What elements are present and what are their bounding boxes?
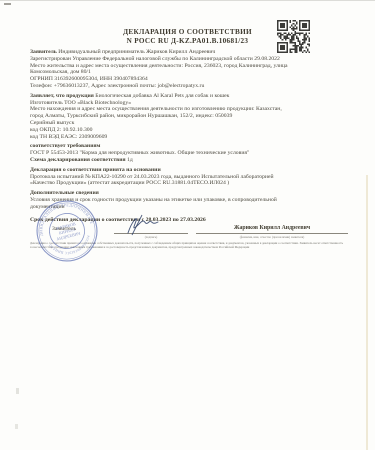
doc-line: Заявитель Индивидуальный предприниматель…: [30, 49, 346, 56]
signatory-name: Жариков Кирилл Андреевич: [196, 225, 348, 231]
name-caption: (фамилия, имя, отчество (при наличии) за…: [196, 235, 348, 239]
doc-line: Место жительства и адрес места осуществл…: [30, 63, 346, 70]
doc-line-text: Место жительства и адрес места осуществл…: [30, 63, 288, 69]
doc-line: ОГРНИП 316392600095304, ИНН 390407894364: [30, 76, 346, 83]
handwritten-signature: [118, 213, 182, 237]
doc-line-text: 1д: [127, 157, 133, 163]
doc-line-text: ГОСТ Р 55453-2013 "Корма для непродуктив…: [30, 150, 249, 156]
doc-line-text: код ТН ВЭД ЕАЭС: 2309009609: [30, 134, 107, 140]
scan-artifact: [16, 388, 19, 394]
doc-line-text: код ОКПД 2: 10.92.10.300: [30, 127, 92, 133]
scan-artifact: [4, 3, 11, 5]
declaration-document: ДЕКЛАРАЦИЯ О СООТВЕТСТВИИ N РОСС RU Д-KZ…: [0, 0, 375, 450]
doc-line-text: город Алматы, Турксибский район, микрора…: [30, 113, 232, 119]
name-rule: [196, 233, 348, 234]
doc-line-text: «Качество Продукции» (аттестат аккредита…: [30, 180, 229, 186]
doc-line-bold: Заявитель: [30, 49, 58, 55]
doc-line-bold: соответствует требованиям: [30, 143, 100, 149]
doc-line: Телефон: +79636013237, Адрес электронной…: [30, 83, 346, 90]
doc-line-bold: Декларация о соответствии принята на осн…: [30, 167, 161, 173]
doc-line-text: Протокола испытаний № КПА22-10290 от 24.…: [30, 174, 274, 180]
doc-line: Комсомольская, дом 80/1: [30, 69, 346, 76]
doc-line: код ТН ВЭД ЕАЭС: 2309009609: [30, 134, 346, 141]
doc-line-text: Биологическая добавка Al Karal Pets для …: [95, 93, 229, 99]
qr-finder-tr: [300, 21, 309, 30]
doc-line-bold: Схема декларирования соответствия: [30, 157, 127, 163]
doc-line: ГОСТ Р 55453-2013 "Корма для непродуктив…: [30, 150, 346, 157]
doc-line: Заявляет, что продукция Биологическая до…: [30, 93, 346, 100]
scan-artifact: [366, 175, 368, 450]
doc-line-text: Телефон: +79636013237, Адрес электронной…: [30, 83, 204, 89]
doc-line: город Алматы, Турксибский район, микрора…: [30, 113, 346, 120]
doc-line: Декларация о соответствии принята на осн…: [30, 167, 346, 174]
doc-line: Зарегистрирован Управление Федеральной н…: [30, 56, 346, 63]
scan-artifact: [15, 424, 18, 429]
doc-line: Серийный выпуск: [30, 120, 346, 127]
doc-line-text: Комсомольская, дом 80/1: [30, 69, 91, 75]
doc-line-text: Индивидуальный предприниматель Жариков К…: [58, 49, 215, 55]
doc-line: Изготовитель ТОО «Black Biotechnology»: [30, 100, 346, 107]
scan-artifact: [0, 0, 375, 1]
doc-line: «Качество Продукции» (аттестат аккредита…: [30, 180, 346, 187]
doc-line-text: Зарегистрирован Управление Федеральной н…: [30, 56, 280, 62]
doc-line: Схема декларирования соответствия 1д: [30, 157, 346, 164]
title-line-2: N РОСС RU Д-KZ.PA01.B.10681/23: [0, 37, 375, 46]
doc-line-bold: Заявляет, что продукция: [30, 93, 95, 99]
qr-finder-tl: [278, 21, 287, 30]
document-title: ДЕКЛАРАЦИЯ О СООТВЕТСТВИИ N РОСС RU Д-KZ…: [0, 28, 375, 46]
doc-line-text: Место нахождения и адрес места осуществл…: [30, 106, 282, 112]
doc-line-text: Серийный выпуск: [30, 120, 74, 126]
doc-line-text: Изготовитель ТОО «Black Biotechnology»: [30, 100, 131, 106]
doc-line-text: ОГРНИП 316392600095304, ИНН 390407894364: [30, 76, 148, 82]
title-line-1: ДЕКЛАРАЦИЯ О СООТВЕТСТВИИ: [0, 28, 375, 37]
doc-line: код ОКПД 2: 10.92.10.300: [30, 127, 346, 134]
